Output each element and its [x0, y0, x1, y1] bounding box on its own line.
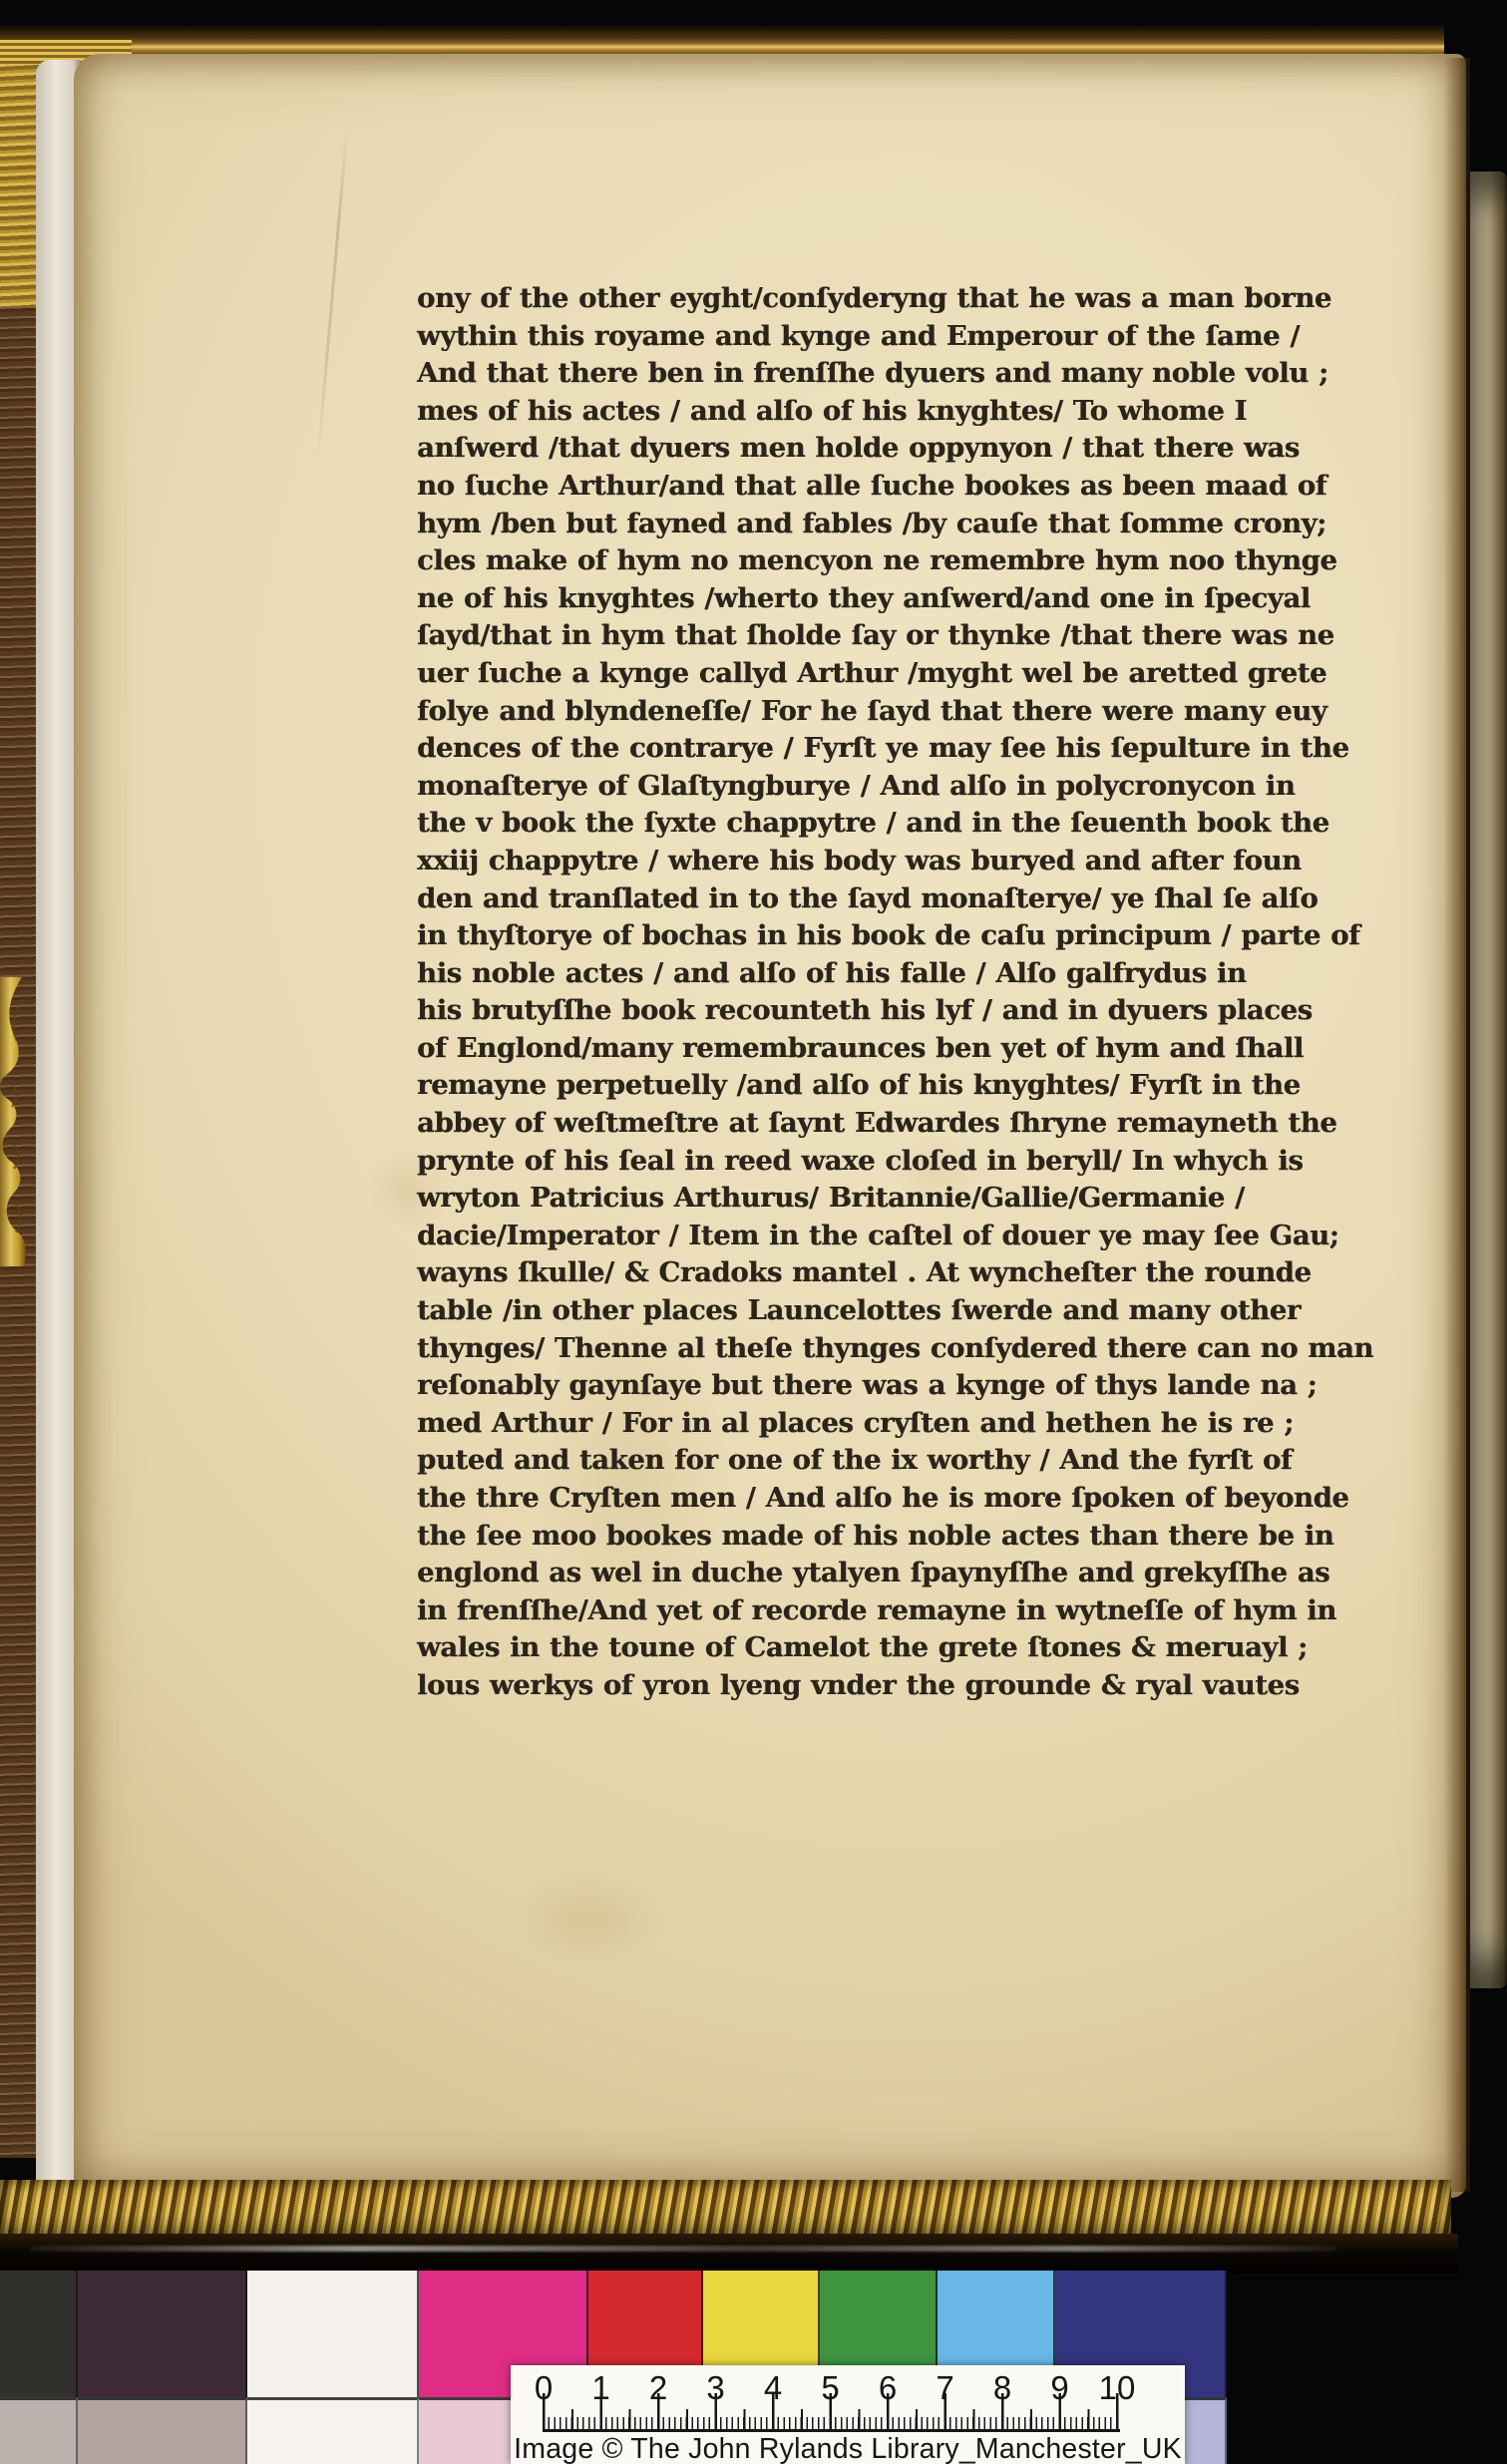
text-line: in thyſtorye of bochas in his book de ca…	[417, 919, 1374, 957]
text-line: prynte of his ſeal in reed waxe cloſed i…	[417, 1145, 1374, 1183]
text-line: his noble actes / and alſo of his falle …	[417, 957, 1374, 995]
text-line: englond as wel in duche ytalyen ſpaynyſſ…	[417, 1557, 1374, 1594]
text-line: cles make of hym no mencyon ne remembre …	[417, 544, 1374, 582]
text-line: in frenſſhe/And yet of recorde remayne i…	[417, 1594, 1374, 1632]
text-line: And that there ben in frenſſhe dyuers an…	[417, 357, 1374, 395]
color-patch-tint-gray	[0, 2397, 78, 2464]
text-line: ne of his knyghtes /wherto they anſwerd/…	[417, 582, 1374, 620]
text-line: med Arthur / For in al places cryſten an…	[417, 1407, 1374, 1445]
text-line: ony of the other eyght/conſyderyng that …	[417, 282, 1374, 320]
text-line: uer ſuche a kynge callyd Arthur /myght w…	[417, 657, 1374, 695]
text-line: his brutyſſhe book recounteth his lyf / …	[417, 994, 1374, 1032]
text-line: no ſuche Arthur/and that alle ſuche book…	[417, 470, 1374, 508]
color-patch-tint-greige	[78, 2397, 247, 2464]
gold-clasp-ornament	[0, 977, 40, 1266]
text-line: remayne perpetuelly /and alſo of his kny…	[417, 1069, 1374, 1107]
text-line: wythin this royame and kynge and Emperou…	[417, 320, 1374, 358]
text-line: wales in the toune of Camelot the grete …	[417, 1631, 1374, 1669]
color-patch-tint-white	[247, 2397, 419, 2464]
text-line: monaſterye of Glaſtyngburye / And alſo i…	[417, 770, 1374, 808]
bottom-board-shadow	[0, 2234, 1458, 2274]
copyright-caption: Image © The John Rylands Library_Manches…	[511, 2433, 1185, 2464]
text-line: the ſee moo bookes made of his noble act…	[417, 1520, 1374, 1558]
text-line: the thre Cryſten men / And alſo he is mo…	[417, 1482, 1374, 1520]
text-line: of Englond/many remembraunces ben yet of…	[417, 1032, 1374, 1070]
text-line: wayns ſkulle/ & Cradoks mantel . At wync…	[417, 1256, 1374, 1294]
text-line: the v book the ſyxte chappytre / and in …	[417, 807, 1374, 845]
ruler-ticks-mm	[543, 2417, 1120, 2429]
text-line: folye and blyndeneſſe/ For he ſayd that …	[417, 695, 1374, 733]
bottom-edge-highlight	[30, 2246, 1336, 2252]
color-patch-near-black	[0, 2271, 78, 2397]
text-line: hym /ben but fayned and fables /by cauſe…	[417, 508, 1374, 545]
digitized-book-photo: ony of the other eyght/conſyderyng that …	[0, 0, 1507, 2464]
ruler-card: 0 1 2 3 4 5 6 7 8 9 10 Image © The John …	[511, 2365, 1185, 2464]
color-patch-dark-maroon	[78, 2271, 247, 2397]
text-line: mes of his actes / and alſo of his knygh…	[417, 395, 1374, 433]
text-line: wryton Patricius Arthurus/ Britannie/Gal…	[417, 1182, 1374, 1220]
text-line: xxiij chappytre / where his body was bur…	[417, 845, 1374, 882]
text-line: thynges/ Thenne al theſe thynges conſyde…	[417, 1332, 1374, 1370]
text-line: dences of the contrarye / Fyrſt ye may ſ…	[417, 732, 1374, 770]
text-line: den and tranſlated in to the ſayd monaſt…	[417, 882, 1374, 920]
gilt-bottom-edge	[0, 2180, 1451, 2238]
color-patch-white	[247, 2271, 419, 2397]
text-line: lous werkys of yron lyeng vnder the grou…	[417, 1669, 1374, 1707]
text-line: dacie/Imperator / Item in the caſtel of …	[417, 1220, 1374, 1257]
page-gutter-shadow	[1444, 58, 1470, 2192]
text-line: table /in other places Launcelottes ſwer…	[417, 1294, 1374, 1332]
text-line: reſonably gaynſaye but there was a kynge…	[417, 1369, 1374, 1407]
printed-text-block: ony of the other eyght/conſyderyng that …	[417, 282, 1374, 1707]
text-line: ſayd/that in hym that ſholde ſay or thyn…	[417, 619, 1374, 657]
ruler-baseline	[543, 2429, 1120, 2432]
fore-edge-of-leaves	[1470, 172, 1507, 1988]
text-line: puted and taken for one of the ix worthy…	[417, 1444, 1374, 1482]
text-line: anſwerd /that dyuers men holde oppynyon …	[417, 432, 1374, 470]
text-line: abbey of weſtmeſtre at ſaynt Edwardes ſh…	[417, 1107, 1374, 1145]
